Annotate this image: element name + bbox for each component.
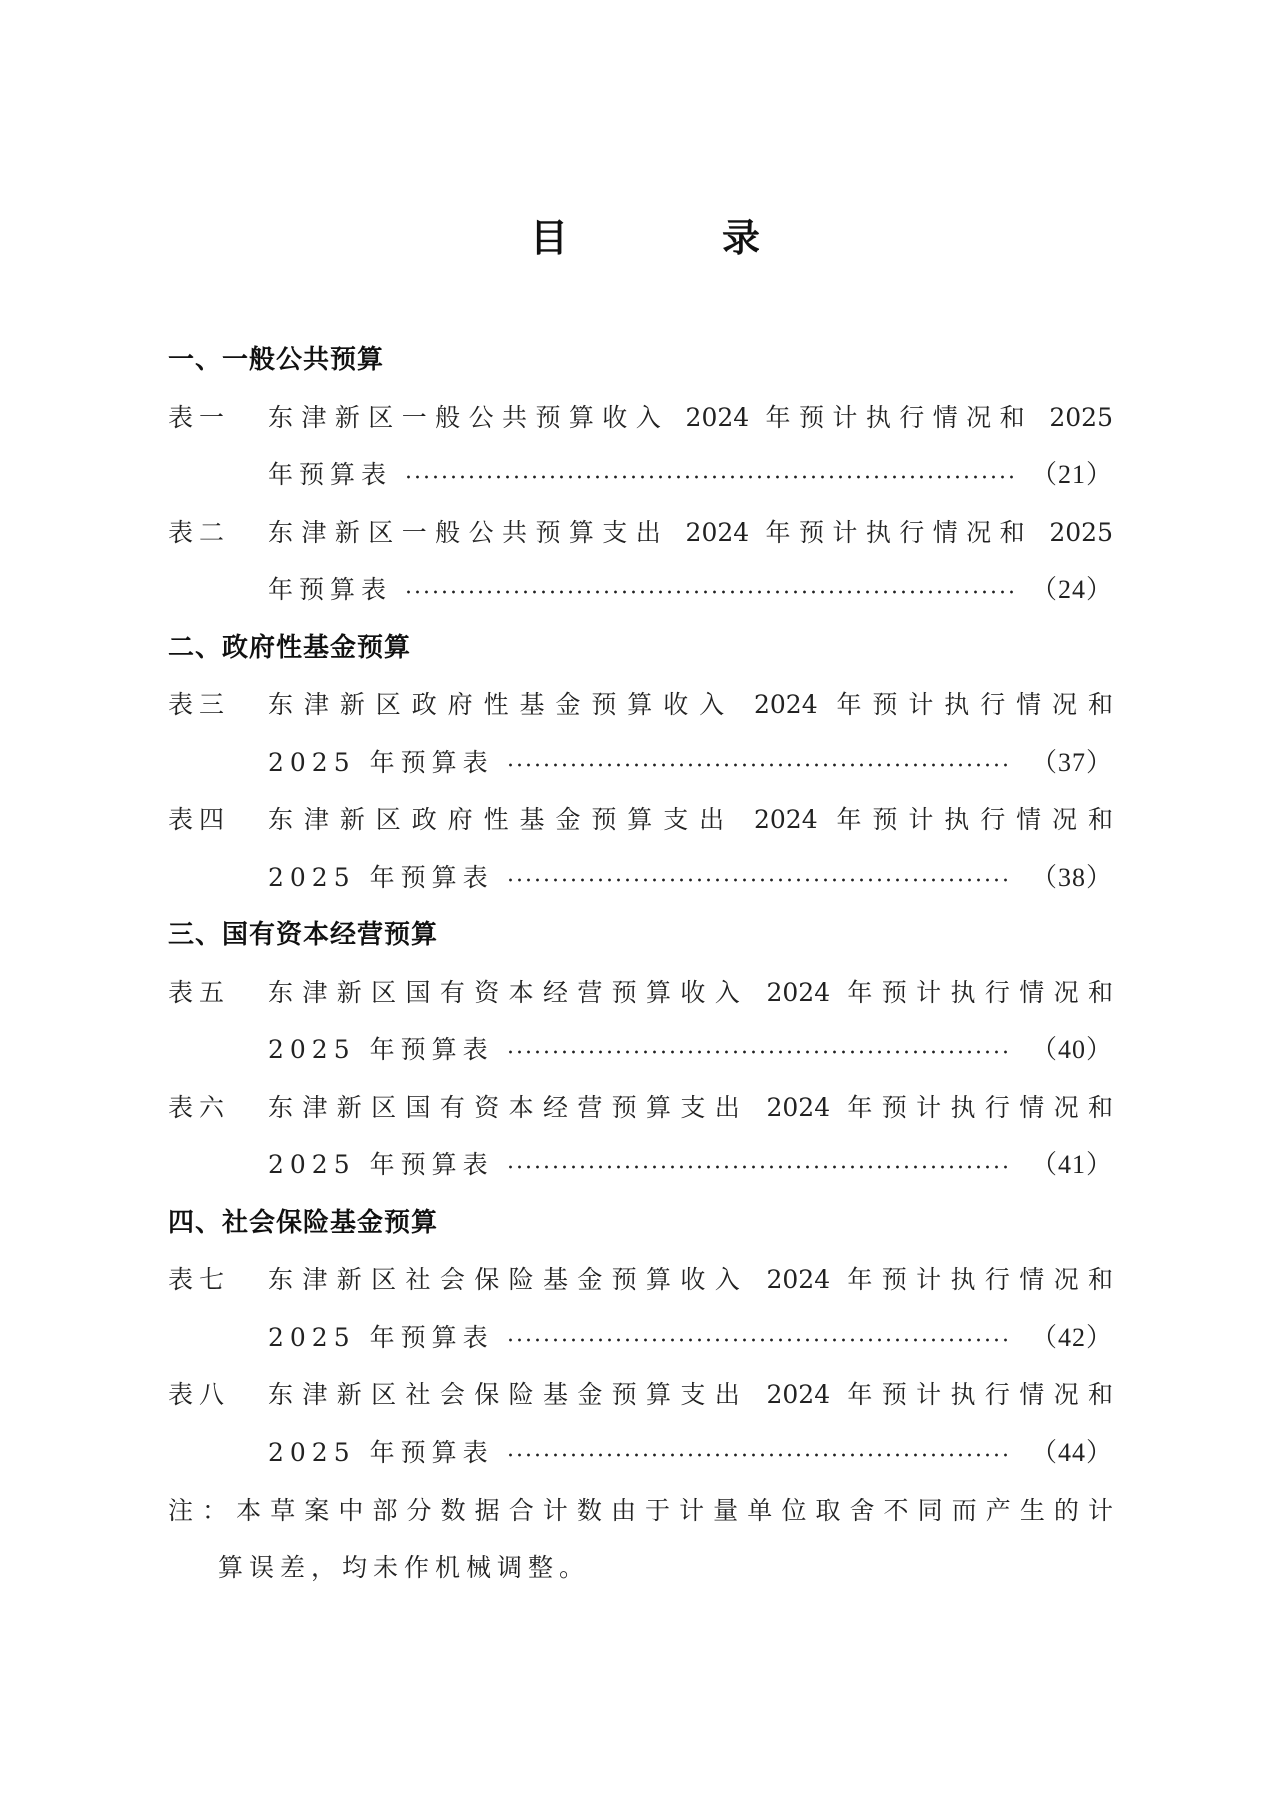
section-heading-general-budget: 一、一般公共预算 [168,340,384,380]
dot-leader [506,763,1013,767]
page-title: 目 录 [530,214,760,262]
toc-entry-leader[interactable]: 年预算表 （24） [268,570,1113,610]
toc-entry-leader[interactable]: 2025 年预算表 （38） [268,858,1113,898]
entry-title-line1[interactable]: 东津新区一般公共预算支出 2024 年预计执行情况和 2025 [268,513,1113,553]
entry-label: 表七 [168,1260,238,1300]
page-number: （37） [1031,743,1113,783]
entry-title-line1[interactable]: 东津新区社会保险基金预算支出 2024 年预计执行情况和 [268,1375,1113,1415]
entry-title-line2: 年预算表 [268,570,392,610]
dot-leader [404,475,1013,479]
toc-entry-leader[interactable]: 2025 年预算表 （40） [268,1030,1113,1070]
page-number: （38） [1031,858,1113,898]
entry-title-line1[interactable]: 东津新区政府性基金预算收入 2024 年预计执行情况和 [268,685,1113,725]
entry-label: 表六 [168,1088,238,1128]
page-number: （21） [1031,455,1113,495]
section-heading-government-fund-budget: 二、政府性基金预算 [168,628,411,668]
toc-entry-leader[interactable]: 2025 年预算表 （37） [268,743,1113,783]
entry-title-line1[interactable]: 东津新区社会保险基金预算收入 2024 年预计执行情况和 [268,1260,1113,1300]
entry-title-line2: 2025 年预算表 [268,1318,494,1358]
entry-title-line2: 2025 年预算表 [268,858,494,898]
dot-leader [506,1338,1013,1342]
entry-label: 表五 [168,973,238,1013]
dot-leader [506,1165,1013,1169]
toc-entry-leader[interactable]: 2025 年预算表 （44） [268,1433,1113,1473]
entry-label: 表二 [168,513,238,553]
footnote-line-2: 算误差，均未作机械调整。 [218,1548,590,1588]
dot-leader [506,1050,1013,1054]
entry-title-line2: 年预算表 [268,455,392,495]
entry-title-line2: 2025 年预算表 [268,1433,494,1473]
toc-entry-leader[interactable]: 2025 年预算表 （42） [268,1318,1113,1358]
title-char-2: 录 [722,214,760,262]
toc-entry-leader[interactable]: 2025 年预算表 （41） [268,1145,1113,1185]
title-char-1: 目 [530,214,568,262]
section-heading-state-capital-budget: 三、国有资本经营预算 [168,915,438,955]
page-number: （44） [1031,1433,1113,1473]
entry-title-line2: 2025 年预算表 [268,1030,494,1070]
page-number: （42） [1031,1318,1113,1358]
entry-title-line1[interactable]: 东津新区一般公共预算收入 2024 年预计执行情况和 2025 [268,398,1113,438]
page-number: （41） [1031,1145,1113,1185]
page-number: （40） [1031,1030,1113,1070]
dot-leader [404,590,1013,594]
entry-title-line1[interactable]: 东津新区国有资本经营预算收入 2024 年预计执行情况和 [268,973,1113,1013]
dot-leader [506,1453,1013,1457]
section-heading-social-insurance-budget: 四、社会保险基金预算 [168,1203,438,1243]
toc-entry-leader[interactable]: 年预算表 （21） [268,455,1113,495]
entry-title-line2: 2025 年预算表 [268,1145,494,1185]
entry-label: 表四 [168,800,238,840]
entry-title-line1[interactable]: 东津新区国有资本经营预算支出 2024 年预计执行情况和 [268,1088,1113,1128]
entry-label: 表三 [168,685,238,725]
dot-leader [506,878,1013,882]
entry-label: 表八 [168,1375,238,1415]
page-number: （24） [1031,570,1113,610]
entry-label: 表一 [168,398,238,438]
entry-title-line2: 2025 年预算表 [268,743,494,783]
footnote-line-1: 注：本草案中部分数据合计数由于计量单位取舍不同而产生的计 [168,1491,1113,1531]
toc-page: 目 录 一、一般公共预算 表一 东津新区一般公共预算收入 2024 年预计执行情… [0,0,1280,1804]
entry-title-line1[interactable]: 东津新区政府性基金预算支出 2024 年预计执行情况和 [268,800,1113,840]
